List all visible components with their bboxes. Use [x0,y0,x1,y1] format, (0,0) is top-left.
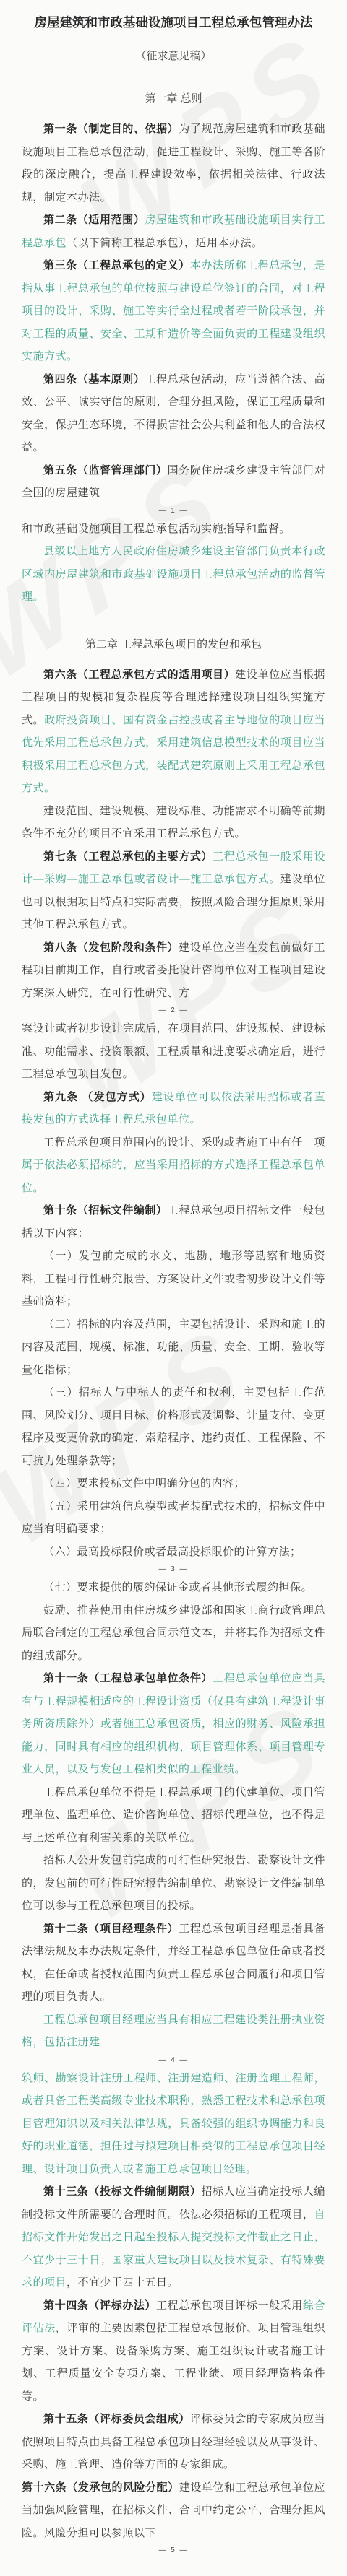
highlighted-text: 筑师、勘察设计注册工程师、注册建造师、注册监理工程师，或者具备工程类高级专业技术… [22,2072,325,2175]
article-heading: 第二条（适用范围） [43,214,145,226]
paragraph: （三）招标人与中标人的责任和权利，主要包括工作范围、风险划分、项目目标、价格形式… [22,1381,325,1472]
text-segment: 工程总承包项目范围内的设计、采购或者施工中有任一项 [43,1136,325,1149]
article-heading: 第十五条（评标委员会组成） [43,2413,190,2425]
text-segment: 建设范围、建设规模、建设标准、功能需求不明确等前期条件不充分的项目不宜采用工程总… [22,805,325,840]
text-segment: （以下简称工程总承包），适用本办法。 [67,237,263,249]
paragraph: 第十二条（项目经理条件）工程总承包项目经理是指具备法律法规及本办法规定条件，并经… [22,1918,325,2009]
paragraph: 第四条（基本原则）工程总承包活动，应当遵循合法、高效、公平、诚实守信的原则，合理… [22,368,325,459]
article-heading: 第七条（工程总承包的主要方式） [43,850,213,863]
paragraph: 筑师、勘察设计注册工程师、注册建造师、注册监理工程师，或者具备工程类高级专业技术… [22,2067,325,2181]
highlighted-text: 工程总承包单位应当具有与工程规模相适应的工程设计资质（仅具有建筑工程设计事务所资… [22,1672,325,1775]
paragraph: （七）要求提供的履约保证金或者其他形式履约担保。 [22,1576,325,1599]
paragraph: 第十条（招标文件编制）工程总承包项目招标文件一般包括以下内容： [22,1199,325,1245]
text-segment: 和市政基础设施项目工程总承包活动实施指导和监督。 [22,523,291,535]
paragraph: 第九条 （发包方式）建设单位可以依法采用招标或者直接发包的方式选择工程总承包单位… [22,1086,325,1131]
article-heading: 第一条（制定目的、依据） [43,123,179,135]
text-segment: 鼓励、推荐使用由住房城乡建设部和国家工商行政管理总局联合制定的工程总承包合同示范… [22,1604,325,1662]
highlighted-text: 本办法所称工程总承包，是指从事工程总承包的单位按照与建设单位签订的合同，对工程项… [22,259,325,362]
article-heading: 第十条（招标文件编制） [43,1204,168,1217]
paragraph: 第三条（工程总承包的定义）本办法所称工程总承包，是指从事工程总承包的单位按照与建… [22,254,325,368]
paragraph: 工程总承包单位不得是工程总承项目的代建单位、项目管理单位、监理单位、造价咨询单位… [22,1781,325,1850]
text-segment: 工程总承包单位不得是工程总承项目的代建单位、项目管理单位、监理单位、造价咨询单位… [22,1786,325,1844]
paragraph: 第八条（发包阶段和条件）建设单位应当在发包前做好工程项目前期工作，自行或者委托设… [22,936,325,1005]
page-number: — 3 — [22,1565,325,1575]
text-segment: （六）最高投标限价或者最高投标限价的计算方法； [43,1546,301,1558]
article-heading: 第十二条（项目经理条件） [43,1923,179,1935]
paragraph: 县级以上地方人民政府住房城乡建设主管部门负责本行政区域内房屋建筑和市政基础设施项… [22,540,325,609]
paragraph: 第十一条（工程总承包单位条件）工程总承包单位应当具有与工程规模相适应的工程设计资… [22,1667,325,1781]
document-title: 房屋建筑和市政基础设施项目工程总承包管理办法 [22,13,325,32]
paragraph: 第二条（适用范围）房屋建筑和市政基础设施项目实行工程总承包（以下简称工程总承包）… [22,209,325,254]
text-segment: ，不宜少于四十五日。 [67,2276,179,2289]
paragraph: 第十五条（评标委员会组成）评标委员会的专家成员应当依照项目特点由具备工程总承包项… [22,2408,325,2476]
paragraph: 鼓励、推荐使用由住房城乡建设部和国家工商行政管理总局联合制定的工程总承包合同示范… [22,1599,325,1668]
text-segment: ，评审的主要因素包括工程总承包报价、项目管理组织方案、设计方案、设备采购方案、施… [22,2322,325,2403]
paragraph: 工程总承包项目经理应当具有相应工程建设类注册执业资格，包括注册建 [22,2009,325,2054]
article-heading: 第五条（监督管理部门） [43,464,168,477]
paragraph: 第十三条（投标文件编制期限）招标人应当确定投标人编制投标文件所需要的合理时间。依… [22,2180,325,2294]
paragraph: 第七条（工程总承包的主要方式）工程总承包一般采用设计—采购—施工总承包或者设计—… [22,845,325,936]
paragraph: （二）招标的内容及范围，主要包括设计、采购和施工的内容及范围、规模、标准、功能、… [22,1313,325,1382]
paragraph: （五）采用建筑信息模型或者装配式技术的，招标文件中应当有明确要求； [22,1495,325,1541]
article-heading: 第十一条（工程总承包单位条件） [43,1672,213,1684]
document-subtitle: （征求意见稿） [22,48,325,63]
page-number: — 1 — [22,506,325,516]
highlighted-text: 工程总承包项目经理应当具有相应工程建设类注册执业资格，包括注册建 [22,2014,325,2049]
paragraph: （六）最高投标限价或者最高投标限价的计算方法； [22,1541,325,1564]
article-heading: 第六条（工程总承包方式的适用项目） [43,669,235,681]
text-segment: （五）采用建筑信息模型或者装配式技术的，招标文件中应当有明确要求； [22,1500,325,1536]
paragraph: 第六条（工程总承包方式的适用项目）建设单位应当根据工程项目的规模和复杂程度等合理… [22,663,325,800]
document-page: WPS WPS WPS WPS WPS 房屋建筑和市政基础设施项目工程总承包管理… [0,0,347,2576]
article-heading: 第四条（基本原则） [43,373,145,386]
paragraph: 案设计或者初步设计完成后，在项目范围、建设规模、建设标准、功能需求、投资限额、工… [22,1017,325,1086]
text-segment: 招标人公开发包前完成的可行性研究报告、勘察设计文件的，发包前的可行性研究报告编制… [22,1854,325,1912]
chapter-heading: 第一章 总则 [22,90,325,108]
paragraph: （一）发包前完成的水文、地勘、地形等勘察和地质资料，工程可行性研究报告、方案设计… [22,1245,325,1313]
text-segment: （三）招标人与中标人的责任和权利，主要包括工作范围、风险划分、项目目标、价格形式… [22,1386,325,1467]
page-number: — 5 — [22,2546,325,2556]
text-segment: 工程总承包项目评标一般采用 [156,2299,303,2312]
paragraph: 第十六条（发承包的风险分配）建设单位和工程总承包单位应当加强风险管理，在招标文件… [22,2476,325,2545]
article-heading: 第三条（工程总承包的定义） [43,259,190,271]
paragraph: 招标人公开发包前完成的可行性研究报告、勘察设计文件的，发包前的可行性研究报告编制… [22,1849,325,1918]
highlighted-text: 政府投资项目、国有资金占控股或者主导地位的项目应当优先采用工程总承包方式，采用建… [22,714,325,795]
paragraph: 和市政基础设施项目工程总承包活动实施指导和监督。 [22,518,325,541]
article-heading: 第八条（发包阶段和条件） [43,941,179,954]
chapter-heading: 第二章 工程总承包项目的发包和承包 [22,636,325,653]
text-segment: （七）要求提供的履约保证金或者其他形式履约担保。 [43,1581,312,1593]
text-segment: 案设计或者初步设计完成后，在项目范围、建设规模、建设标准、功能需求、投资限额、工… [22,1022,325,1080]
paragraph: 第一条（制定目的、依据）为了规范房屋建筑和市政基础设施项目工程总承包活动，促进工… [22,118,325,209]
article-heading: 第九条 （发包方式） [43,1091,152,1103]
highlighted-text: 属于依法必须招标的，应当采用招标的方式选择工程总承包单位。 [22,1159,325,1194]
article-heading: 第十六条（发承包的风险分配） [22,2481,179,2494]
paragraph: 工程总承包项目范围内的设计、采购或者施工中有任一项属于依法必须招标的，应当采用招… [22,1131,325,1200]
text-segment: （四）要求投标文件中明确分包的内容； [43,1477,245,1489]
text-segment: （一）发包前完成的水文、地勘、地形等勘察和地质资料，工程可行性研究报告、方案设计… [22,1250,325,1307]
page-number: — 4 — [22,2055,325,2066]
article-heading: 第十三条（投标文件编制期限） [43,2185,201,2198]
paragraph: 建设范围、建设规模、建设标准、功能需求不明确等前期条件不充分的项目不宜采用工程总… [22,800,325,845]
highlighted-text: 县级以上地方人民政府住房城乡建设主管部门负责本行政区域内房屋建筑和市政基础设施项… [22,545,325,603]
page-number: — 2 — [22,1006,325,1016]
article-heading: 第十四条（评标办法） [43,2299,156,2312]
paragraph: 第十四条（评标办法）工程总承包项目评标一般采用综合评估法，评审的主要因素包括工程… [22,2294,325,2409]
document-body: 第一章 总则第一条（制定目的、依据）为了规范房屋建筑和市政基础设施项目工程总承包… [22,90,325,2556]
text-segment: （二）招标的内容及范围，主要包括设计、采购和施工的内容及范围、规模、标准、功能、… [22,1318,325,1376]
paragraph: （四）要求投标文件中明确分包的内容； [22,1472,325,1495]
paragraph: 第五条（监督管理部门）国务院住房城乡建设主管部门对全国的房屋建筑 [22,459,325,505]
